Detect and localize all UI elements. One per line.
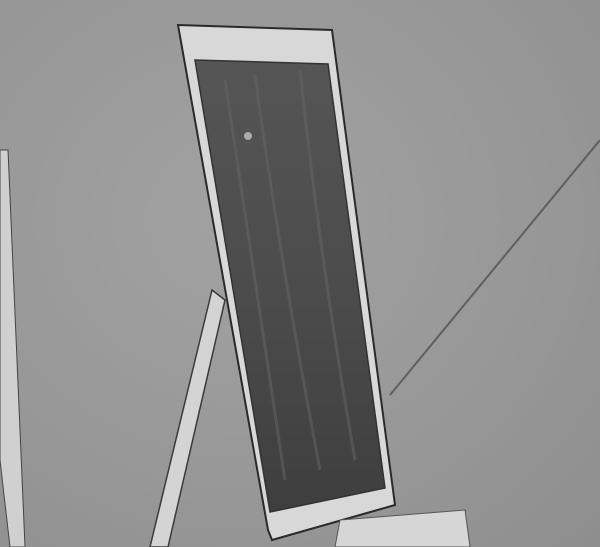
- floor-crack: [390, 140, 600, 395]
- left-stand-leg: [0, 150, 25, 547]
- screen-highlight: [244, 132, 252, 140]
- scene-drawing: [0, 0, 600, 547]
- photo-scene: [0, 0, 600, 547]
- stand-leg: [150, 290, 225, 547]
